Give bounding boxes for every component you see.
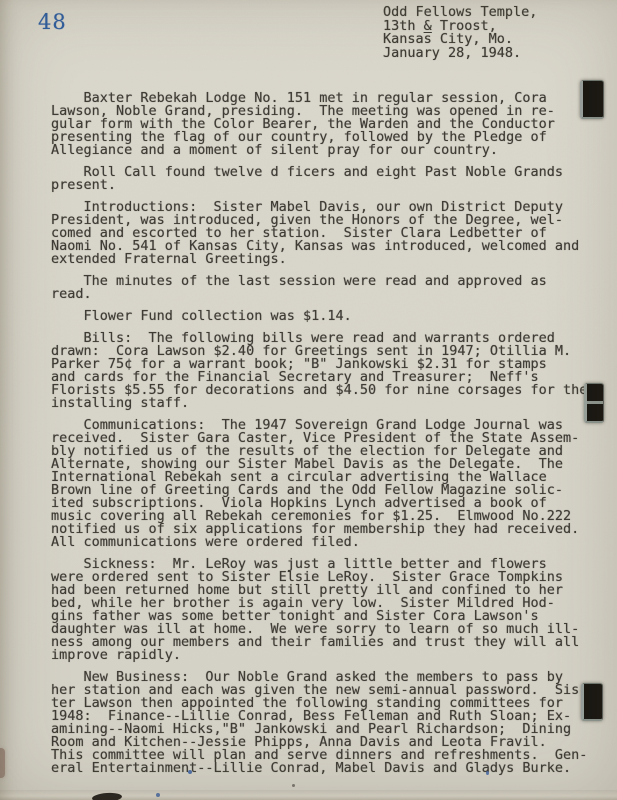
document-header: Odd Fellows Temple, 13th & Troost, Kansa… [383,6,537,60]
paragraph-new-business: New Business: Our Noble Grand asked the … [51,671,587,775]
paragraph-introductions: Introductions: Sister Mabel Davis, our o… [51,201,587,266]
paragraph-flower-fund: Flower Fund collection was $1.14. [51,310,587,323]
blue-ink-speck [486,771,489,775]
left-edge-smear [0,748,5,778]
binding-fastener-middle [584,383,604,423]
paragraph-opening: Baxter Rebekah Lodge No. 151 met in regu… [51,92,587,157]
binding-fastener-top [580,80,604,119]
page-number: 48 [38,11,67,33]
binding-fastener-bottom [581,683,603,721]
document-body: Baxter Rebekah Lodge No. 151 met in regu… [51,92,587,784]
paragraph-communications: Communications: The 1947 Sovereign Grand… [51,419,587,549]
fastener-divider [587,401,603,404]
scanned-minutes-page: 48 Odd Fellows Temple, 13th & Troost, Ka… [0,0,617,800]
dark-speck [292,784,295,787]
paragraph-bills: Bills: The following bills were read and… [51,332,587,410]
paragraph-sickness: Sickness: Mr. LeRoy was just a little be… [51,558,587,662]
header-line-date: January 28, 1948. [383,47,537,61]
blue-ink-speck [156,793,160,797]
paragraph-minutes: The minutes of the last session were rea… [51,275,587,301]
paragraph-roll-call: Roll Call found twelve d ficers and eigh… [51,166,587,192]
blue-ink-speck [188,770,192,774]
